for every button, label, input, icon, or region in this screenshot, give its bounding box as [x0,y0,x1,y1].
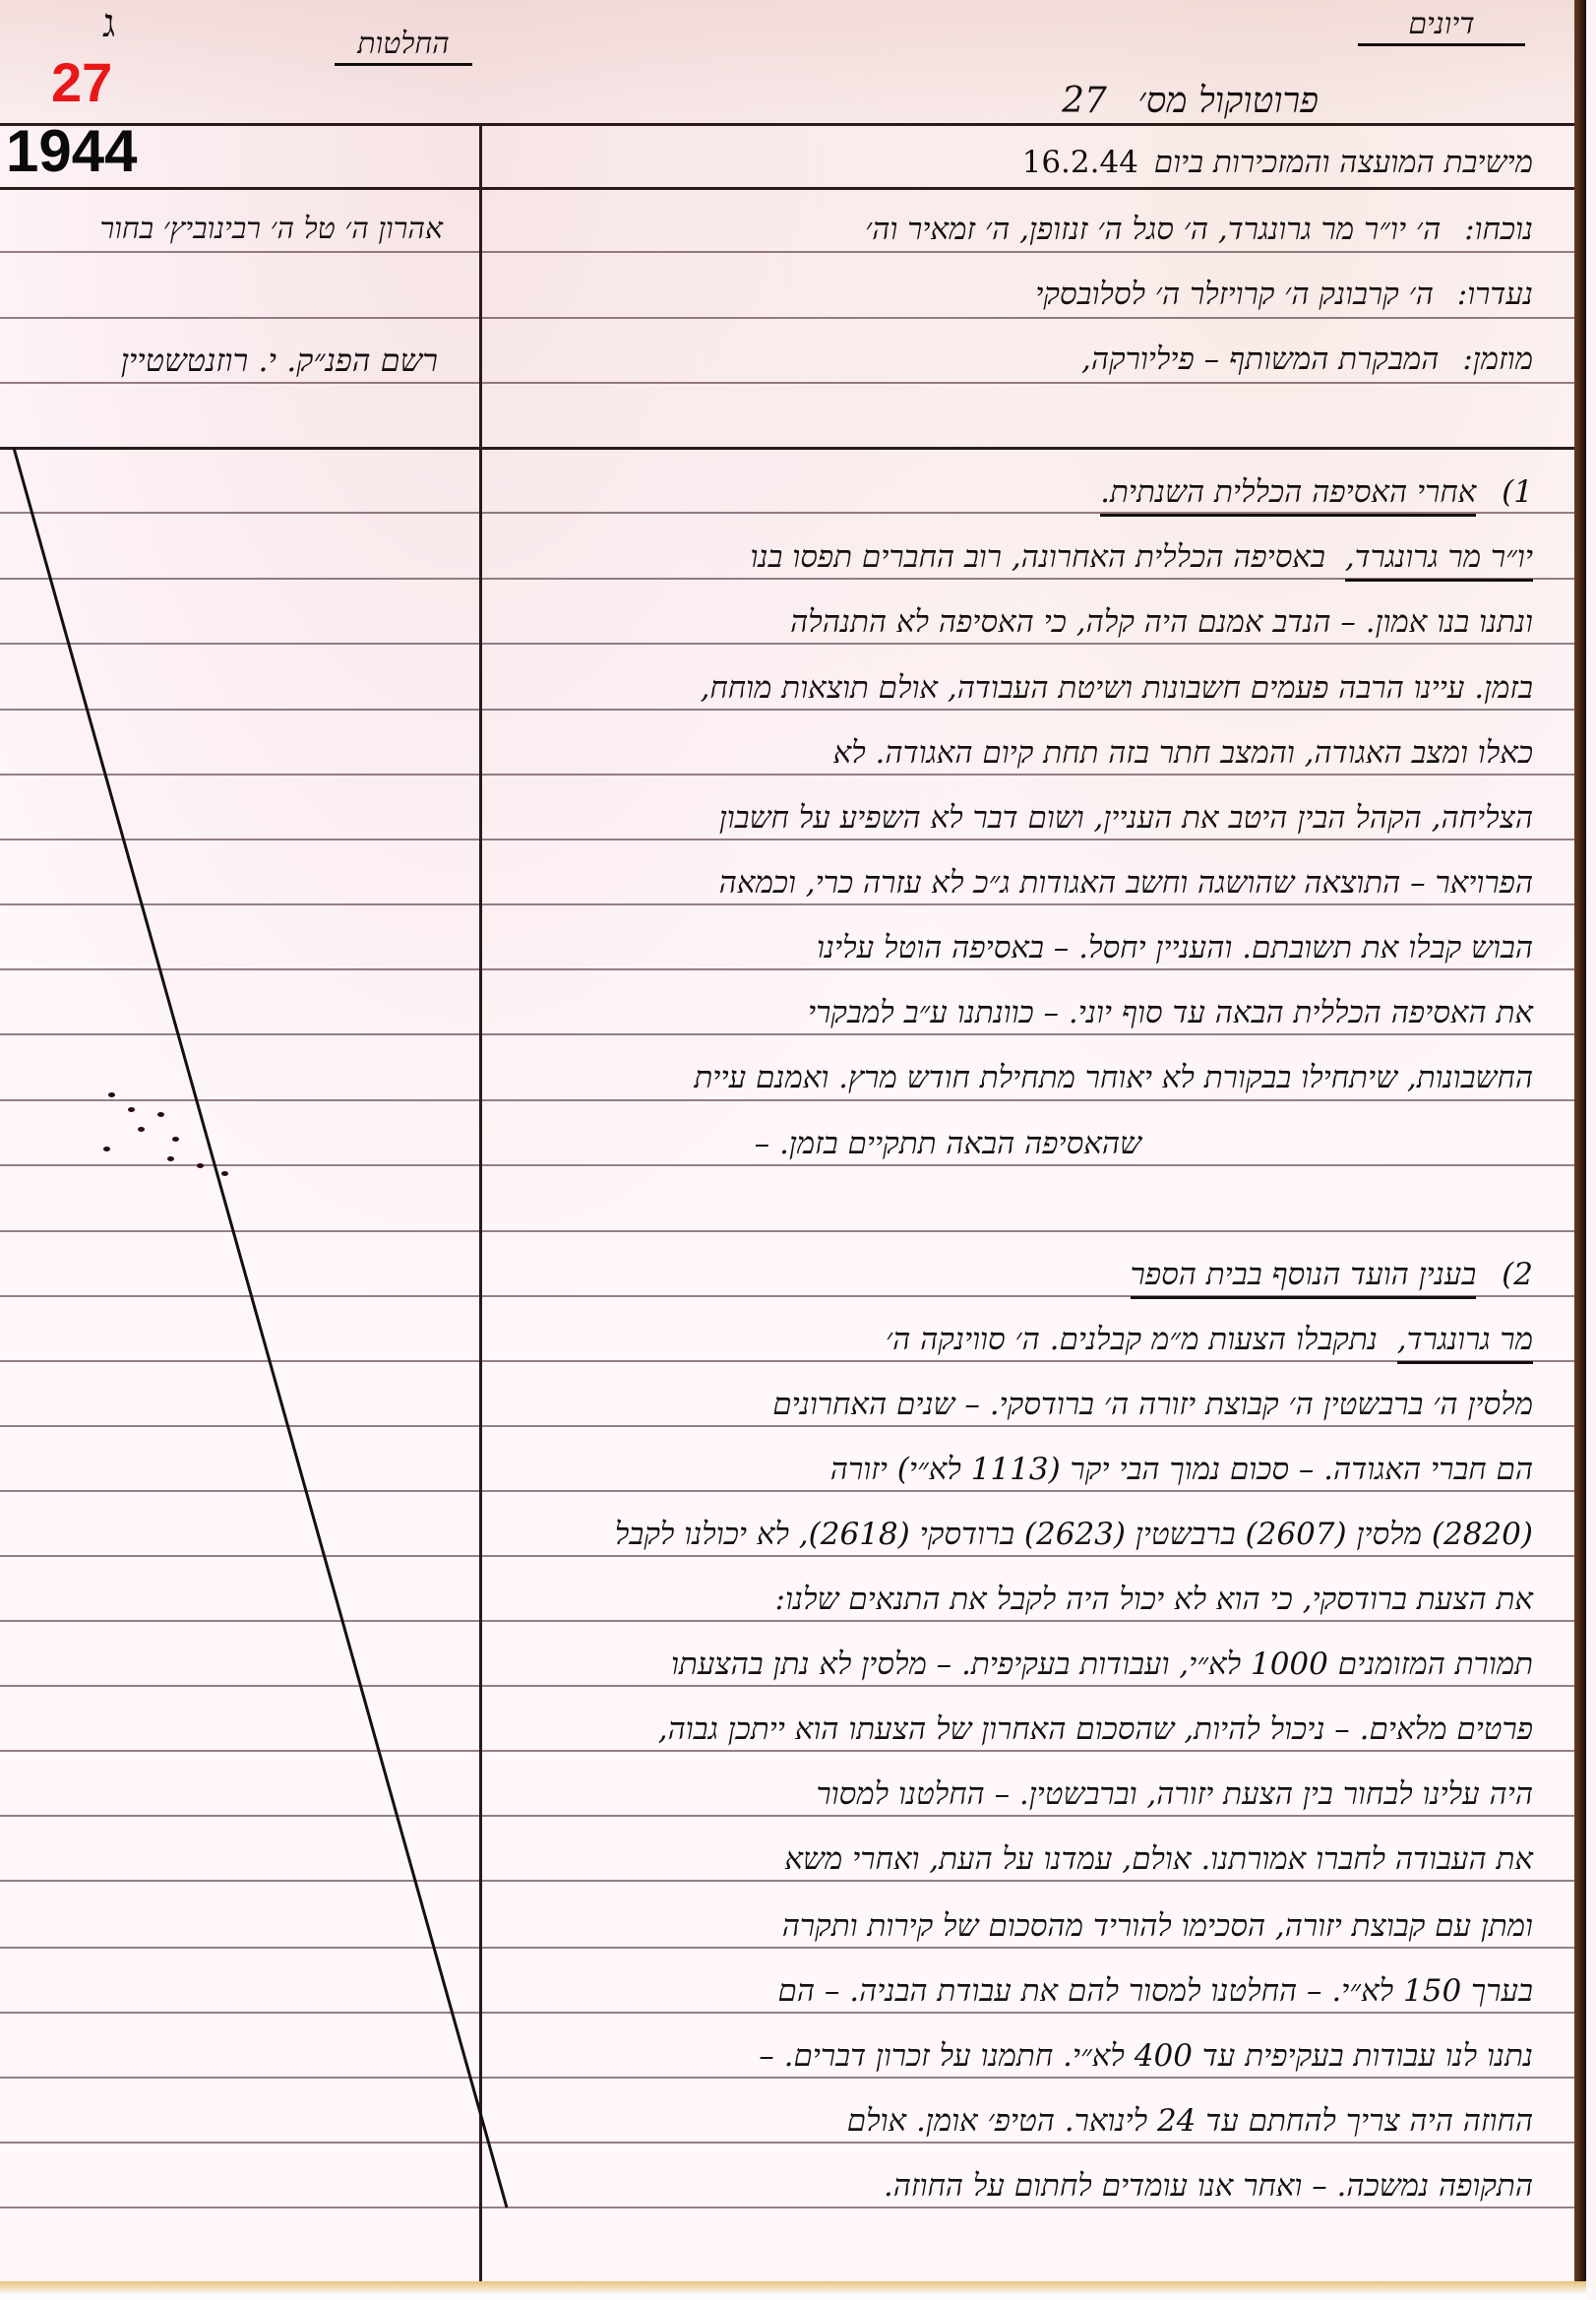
year-stamp: 1944 [6,122,137,181]
present-continuation: אהרון ה׳ טל ה׳ רבינוביץ׳ בחור [100,215,444,244]
section-2-speaker: מר גרונגרד, [1397,1322,1533,1364]
section-2-heading: 2) בענין הועד הנוסף בבית הספר [1131,1260,1533,1290]
invited-label: מוזמן: [1462,342,1533,377]
protocol-date: 16.2.44 [1022,145,1138,180]
section-1-line: הפרויאר – התוצאה שהושגה וחשב האגודות ג״כ… [719,868,1533,899]
absent-row: נעדרו: ה׳ קרבונק ה׳ קרויזלר ה׳ לסלובסקי [1035,280,1533,310]
section-2-line: מלסין ה׳ ברבשטין ה׳ קבוצת יזורה ה׳ ברודס… [772,1390,1533,1420]
page-edge-right [1574,0,1586,2293]
ruled-line [0,187,1574,190]
column-divider [479,123,482,2283]
present-row: נוכחו: ה׳ יו״ר מר גרונגרד, ה׳ סגל ה׳ זנז… [865,215,1533,245]
ruled-line [0,2012,1574,2014]
section-1-speaker: יו״ר מר גרונגרד, [1345,539,1533,582]
ruled-line [0,382,1574,384]
section-2-line: (2820) מלסין (2607) ברבשטין (2623) ברודס… [615,1520,1533,1550]
page-number-stamp: 27 [51,55,112,110]
margin-column-header: החלטות [335,30,472,66]
page-edge-bottom [0,2281,1586,2300]
protocol-number: 27 [1062,81,1107,121]
ruled-line [0,1620,1574,1622]
section-1-line: שהאסיפה הבאה תתקיים בזמן. – [755,1129,1141,1159]
main-column-header: דיונים [1358,10,1525,46]
section-2-line: הם חברי האגודה. – סכום נמוך הבי יקר (111… [830,1455,1533,1485]
section-1-number: 1) [1502,474,1533,510]
present-list: ה׳ יו״ר מר גרונגרד, ה׳ סגל ה׳ זנזופן, ה׳… [865,212,1441,247]
ruled-line [0,2207,1574,2208]
section-2-line: תמורת המזומנים 1000 לא״י, ועבודות בעקיפי… [671,1649,1533,1680]
section-1-title: אחרי האסיפה הכללית השנתית. [1100,474,1476,517]
section-2-line: פרטים מלאים. – ניכול להיות, שהסכום האחרו… [658,1714,1533,1745]
ruled-line [0,1555,1574,1557]
ruled-line [0,1750,1574,1752]
section-2-line: את הצעת ברודסקי, כי הוא לא יכול היה לקבל… [775,1585,1534,1615]
section-1-line: את האסיפה הכללית הבאה עד סוף יוני. – כוו… [808,998,1533,1028]
section-2-line: בערך 150 לא״י. – החלטנו למסור להם את עבו… [778,1976,1533,2007]
ruled-line [0,2077,1574,2079]
section-1-line: יו״ר מר גרונגרד, באסיפה הכללית האחרונה, … [750,542,1533,573]
section-2-title: בענין הועד הנוסף בבית הספר [1131,1257,1477,1299]
section-1-line: הצליחה, הקהל הבין היטב את העניין, ושום ד… [719,803,1533,834]
ruled-line [0,1425,1574,1427]
ink-spots [98,1083,246,1181]
section-2-text: נתקבלו הצעות מ״מ קבלנים. ה׳ סווינקה ה׳ [886,1322,1378,1357]
section-2-line: נתנו לנו עבודות בעקיפית עד 400 לא״י. חתמ… [759,2041,1533,2072]
ruled-line [0,317,1574,319]
page-header-band [0,0,1574,128]
ruled-line [0,774,1574,776]
ruled-line [0,709,1574,711]
ruled-line [0,968,1574,970]
corner-mark: ג [102,0,115,46]
ruled-line [0,839,1574,840]
invited-list: המבקרת המשותף – פיליורקה, [1081,342,1439,377]
section-1-heading: 1) אחרי האסיפה הכללית השנתית. [1100,477,1533,508]
ruled-line [0,2142,1574,2144]
section-1-line: הבוש קבלו את תשובתם. והעניין יחסל. – באס… [817,933,1533,964]
ruled-line [0,1947,1574,1949]
ruled-line [0,123,1574,126]
ruled-line [0,578,1574,580]
section-1-line: כאלו ומצב האגודה, והמצב חתר בזה תחת קיום… [833,738,1533,769]
section-1-line: בזמן. עיינו הרבה פעמים חשבונות ושיטת העב… [701,673,1533,704]
absent-list: ה׳ קרבונק ה׳ קרויזלר ה׳ לסלובסקי [1035,277,1434,312]
ruled-line [0,1880,1574,1882]
document-page: ג 27 1944 החלטות דיונים פרוטוקול מס׳ 27 … [0,0,1574,2283]
absent-label: נעדרו: [1457,277,1533,312]
ruled-line [0,1033,1574,1035]
recorder-note: רשם הפנ״ק. י. רוזנטשטיין [121,344,438,376]
section-2-line: החוזה היה צריך להחתם עד 24 לינואר. הטיפ׳… [847,2106,1533,2137]
ruled-line [0,1490,1574,1492]
invited-row: מוזמן: המבקרת המשותף – פיליורקה, [1081,344,1533,375]
section-2-line: ומתן עם קבוצת יזורה, הסכימו להוריד מהסכו… [782,1911,1533,1942]
section-2-line: מר גרונגרד, נתקבלו הצעות מ״מ קבלנים. ה׳ … [886,1325,1533,1355]
section-2-line: את העבודה לחברו אמורתנו. אולם, עמדנו על … [784,1844,1533,1875]
section-2-number: 2) [1502,1257,1533,1292]
section-2-line: התקופה נמשכה. – ואחר אנו עומדים לחתום על… [884,2171,1533,2202]
section-1-line: החשבונות, שיתחילו בבקורת לא יאוחר מתחילת… [694,1063,1533,1093]
protocol-title: פרוטוקול מס׳ [1137,81,1319,121]
ruled-line [0,251,1574,253]
ruled-line [0,1360,1574,1362]
header-separator-line [0,447,1574,450]
ruled-line [0,1685,1574,1687]
ruled-line [0,1230,1574,1232]
section-2-line: היה עלינו לבחור בין הצעת יזורה, וברבשטין… [816,1779,1533,1810]
ruled-line [0,903,1574,905]
section-1-text: באסיפה הכללית האחרונה, רוב החברים תפסו ב… [750,539,1324,575]
ruled-line [0,1815,1574,1817]
protocol-title-row: פרוטוקול מס׳ 27 [1062,84,1319,119]
section-1-line: ונתנו בנו אמון. – הנדב אמנם היה קלה, כי … [790,607,1533,638]
ruled-line [0,643,1574,645]
present-label: נוכחו: [1464,212,1533,247]
protocol-subtitle: מישיבת המועצה והמזכירות ביום [1154,145,1533,180]
protocol-subtitle-row: מישיבת המועצה והמזכירות ביום 16.2.44 [1022,148,1533,178]
